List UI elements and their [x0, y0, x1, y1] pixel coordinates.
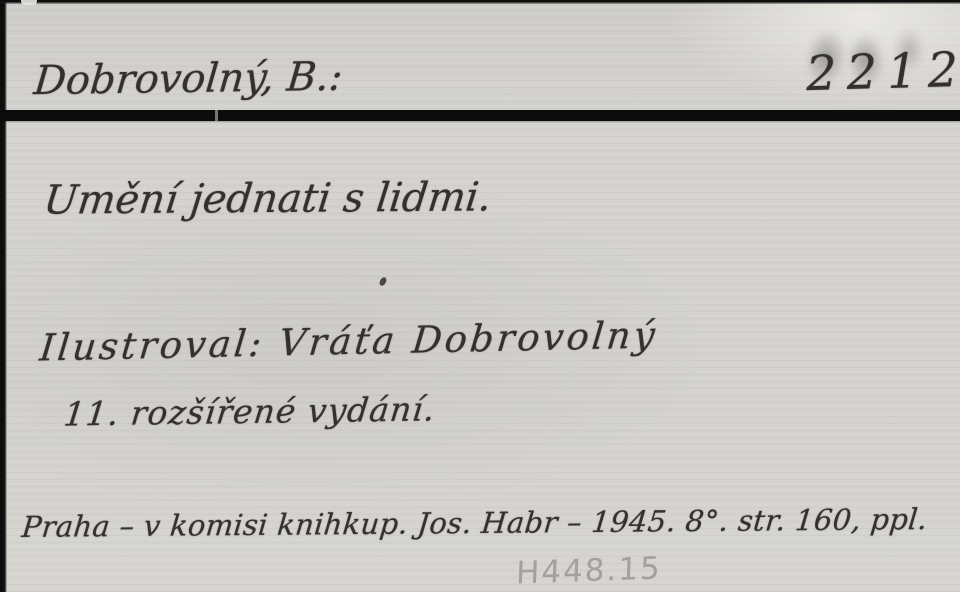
shelf-mark: H448.15: [515, 550, 662, 591]
header-rule: [0, 110, 960, 121]
catalog-card-scan: Dobrovolný, B.: 2212 Umění jednati s lid…: [0, 0, 960, 592]
card-top-notch: [21, 0, 37, 5]
card-left-edge: [0, 0, 7, 592]
card-top-edge: [0, 0, 960, 4]
catalog-number: 2212: [805, 42, 960, 102]
book-title: Umění jednati s lidmi.: [41, 174, 494, 223]
edition-line: 11. rozšířené vydání.: [62, 389, 438, 433]
header-rule-gap: [215, 110, 218, 121]
author-heading: Dobrovolný, B.:: [32, 54, 345, 104]
